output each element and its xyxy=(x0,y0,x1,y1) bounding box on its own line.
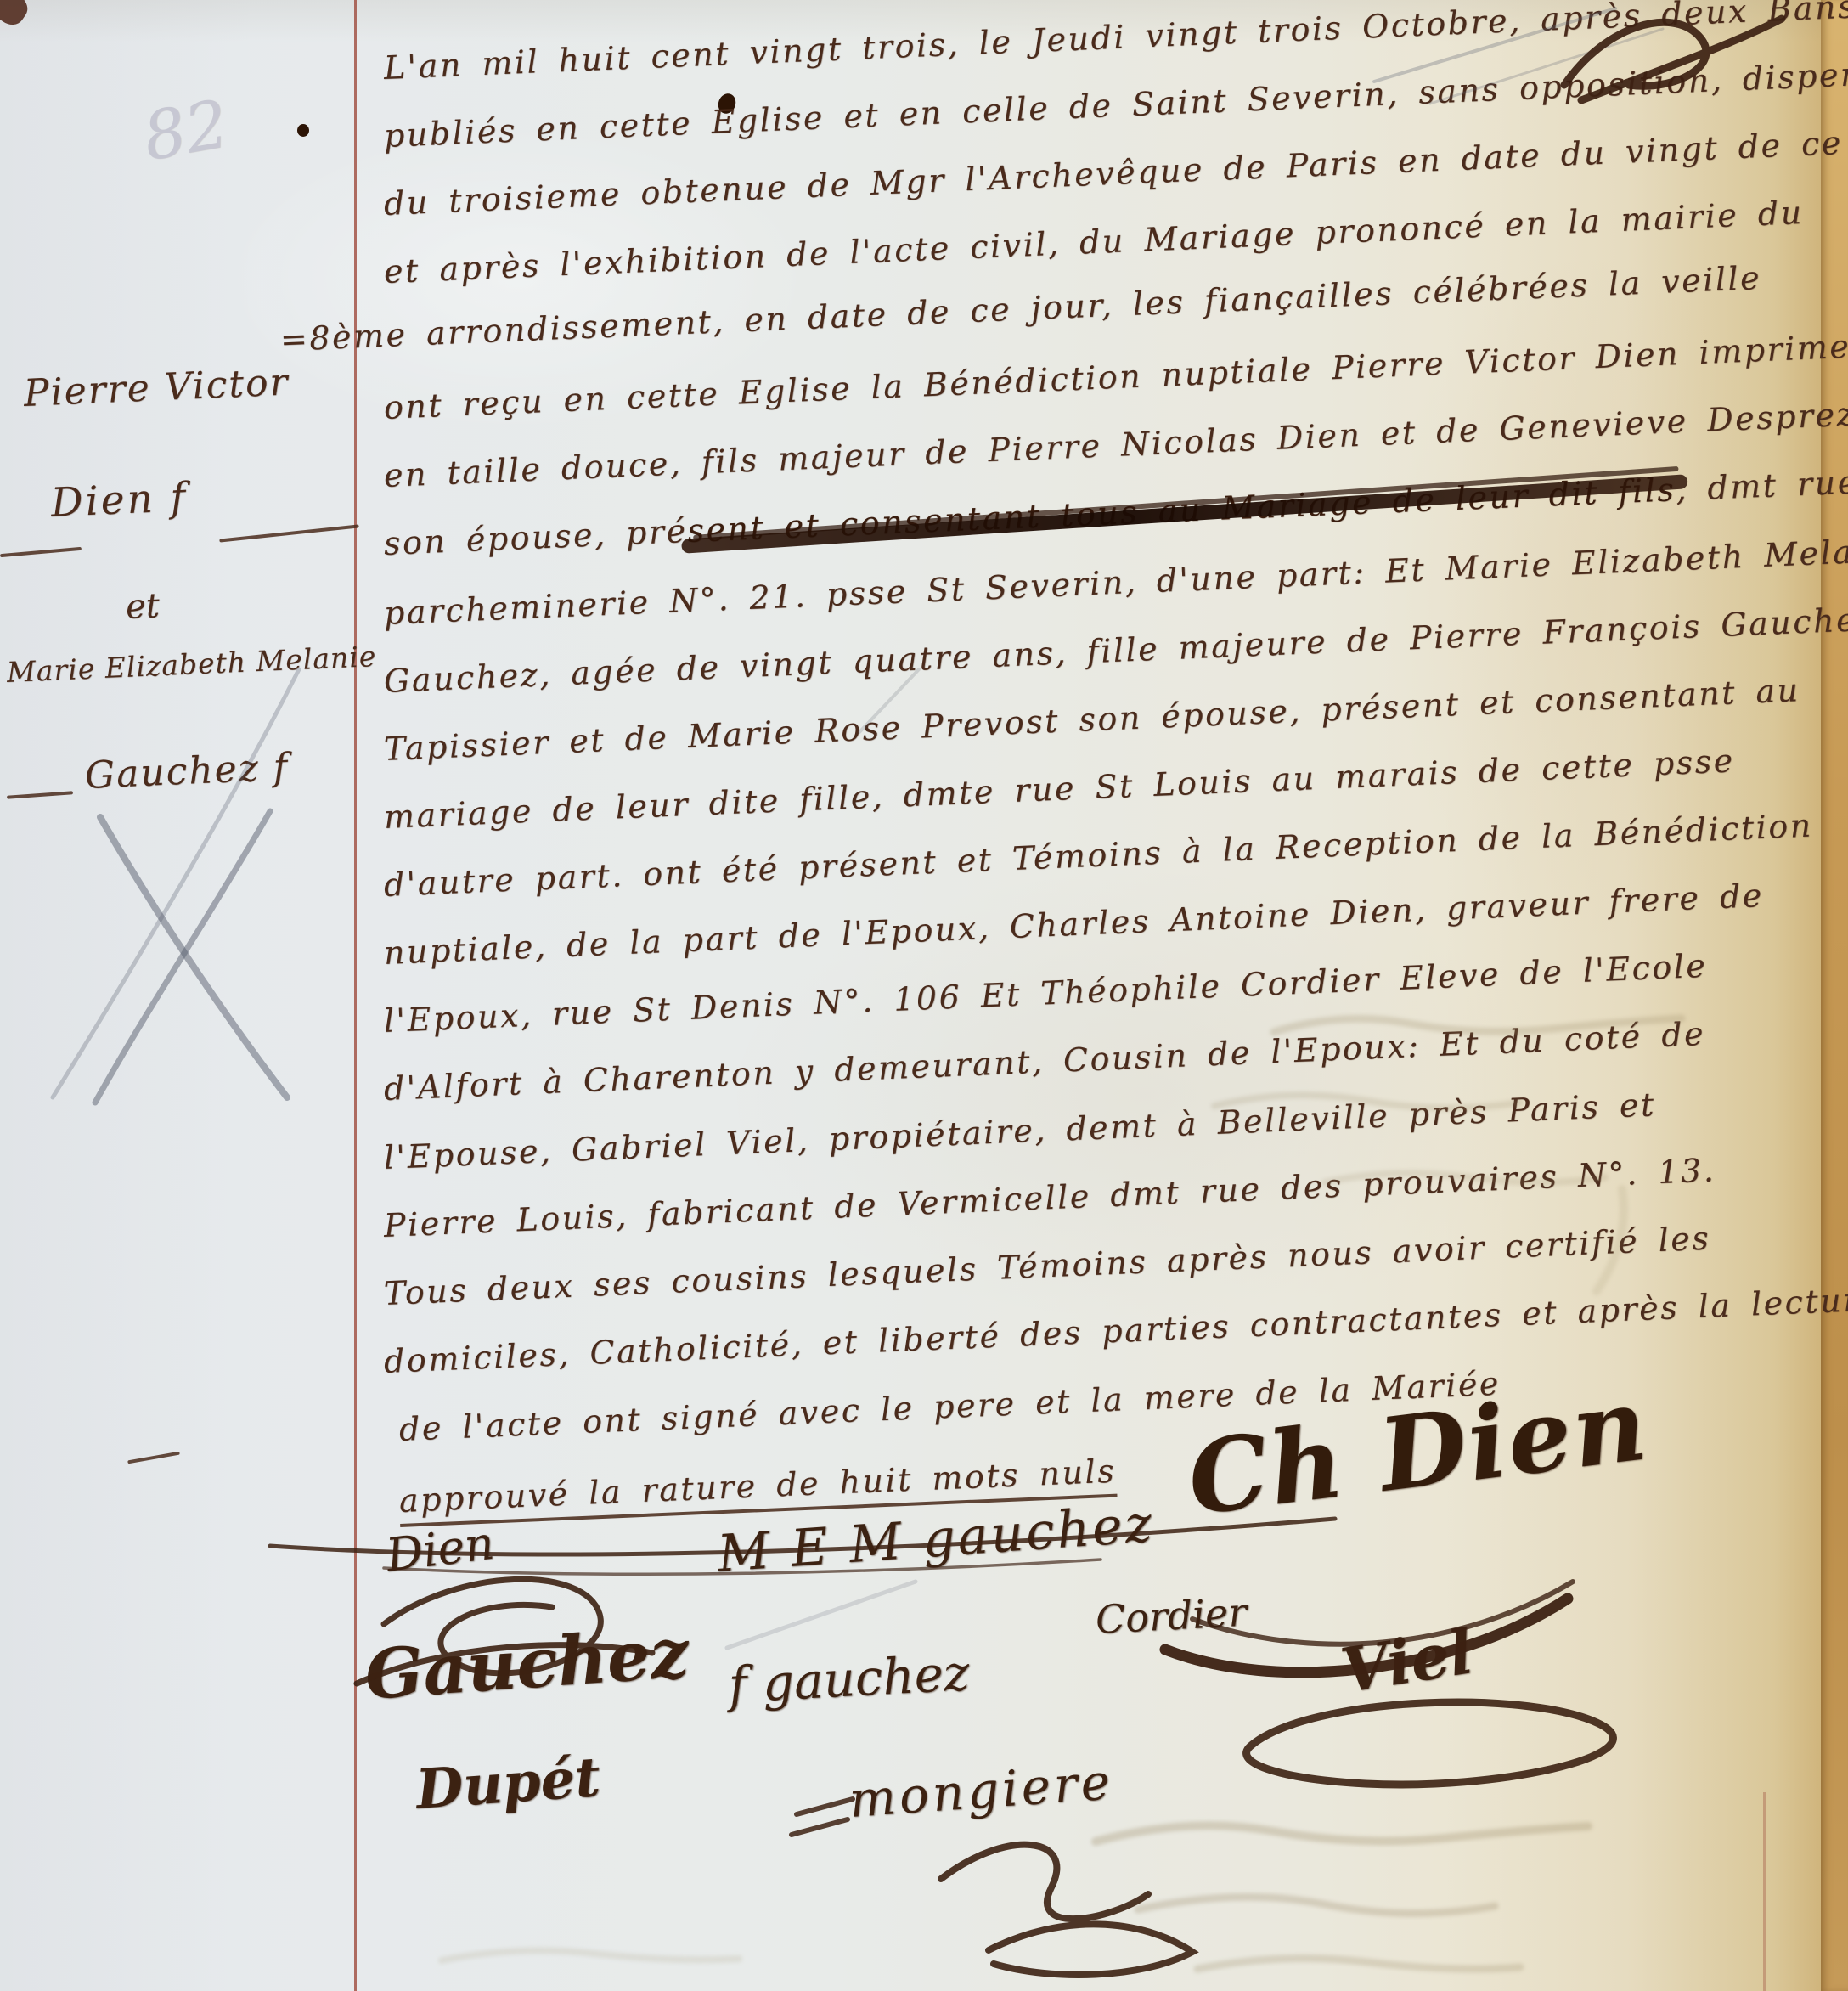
struck-out-words: sent et consentant tous au Mariage de le… xyxy=(686,471,1676,550)
margin-entry-number: 82 xyxy=(138,86,234,176)
parish-register-page: 82 Pierre Victor Dien f et Marie Elizabe… xyxy=(0,0,1848,1991)
margin-rule-right-partial xyxy=(1763,1792,1766,1991)
signature-registrar: mongiere xyxy=(848,1752,1115,1829)
margin-flourish-dash xyxy=(7,791,73,798)
margin-rule-left xyxy=(354,0,357,1991)
margin-bride-name-line2: Gauchez f xyxy=(84,746,290,798)
margin-bride-name-line1: Marie Elizabeth Melanie xyxy=(6,640,377,689)
signature-witness-viel: Viel xyxy=(1336,1615,1477,1706)
signature-mother-of-bride: f gauchez xyxy=(727,1644,971,1714)
flourish-viel xyxy=(1247,1702,1614,1785)
ink-corner-mark xyxy=(0,0,32,30)
ink-blot xyxy=(297,124,309,137)
signature-witness-cordier: Cordier xyxy=(1095,1589,1248,1643)
dashes-before-registrar xyxy=(792,1799,853,1835)
page-edge-binding xyxy=(1821,0,1848,1991)
margin-flourish-dash xyxy=(127,1452,180,1464)
signature-celebrant: Dupét xyxy=(414,1746,602,1822)
signature-father-of-bride: Gauchez xyxy=(363,1613,691,1715)
margin-conjunction: et xyxy=(125,586,161,627)
struck-line-after: , dmt rue de la xyxy=(1675,459,1848,509)
margin-groom-name-line1: Pierre Victor xyxy=(23,360,290,415)
struck-line-before: son épouse, pré xyxy=(383,512,688,562)
paraph-bottom xyxy=(941,1845,1192,1975)
margin-flourish-dash xyxy=(0,547,82,557)
margin-groom-name-line2: Dien f xyxy=(50,474,189,527)
margin-flourish-dash xyxy=(219,524,359,542)
